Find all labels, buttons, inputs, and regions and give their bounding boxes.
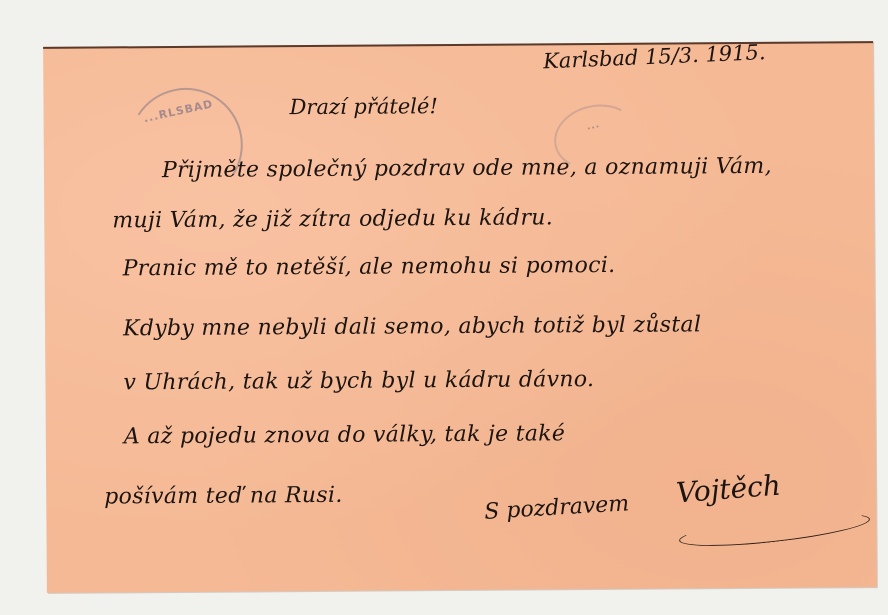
closing: S pozdravem [484,491,630,525]
place-date: Karlsbad 15/3. 1915. [543,40,766,73]
salutation: Drazí přátelé! [289,94,437,119]
postmark-right-text: ... [553,113,633,140]
signature: Vojtěch [675,469,782,510]
body-line-6: A až pojedu znova do války, tak je také [124,421,566,449]
postmark-left-text: ...RLSBAD [123,93,233,129]
body-line-3: Pranic mě to netěší, ale nemohu si pomoc… [123,253,616,281]
body-line-7: pošívám teď na Rusi. [104,483,342,510]
body-line-4: Kdyby mne nebyli dali semo, abych totiž … [123,312,701,341]
signature-flourish [678,507,871,552]
body-line-5: v Uhrách, tak už bych byl u kádru dávno. [123,367,594,395]
postcard: ...RLSBAD ... Karlsbad 15/3. 1915. Drazí… [43,41,877,593]
body-line-1: Přijměte společný pozdrav ode mne, a ozn… [162,154,772,183]
body-line-2: muji Vám, že již zítra odjedu ku kádru. [112,205,553,233]
postmark-left: ...RLSBAD [118,77,254,213]
